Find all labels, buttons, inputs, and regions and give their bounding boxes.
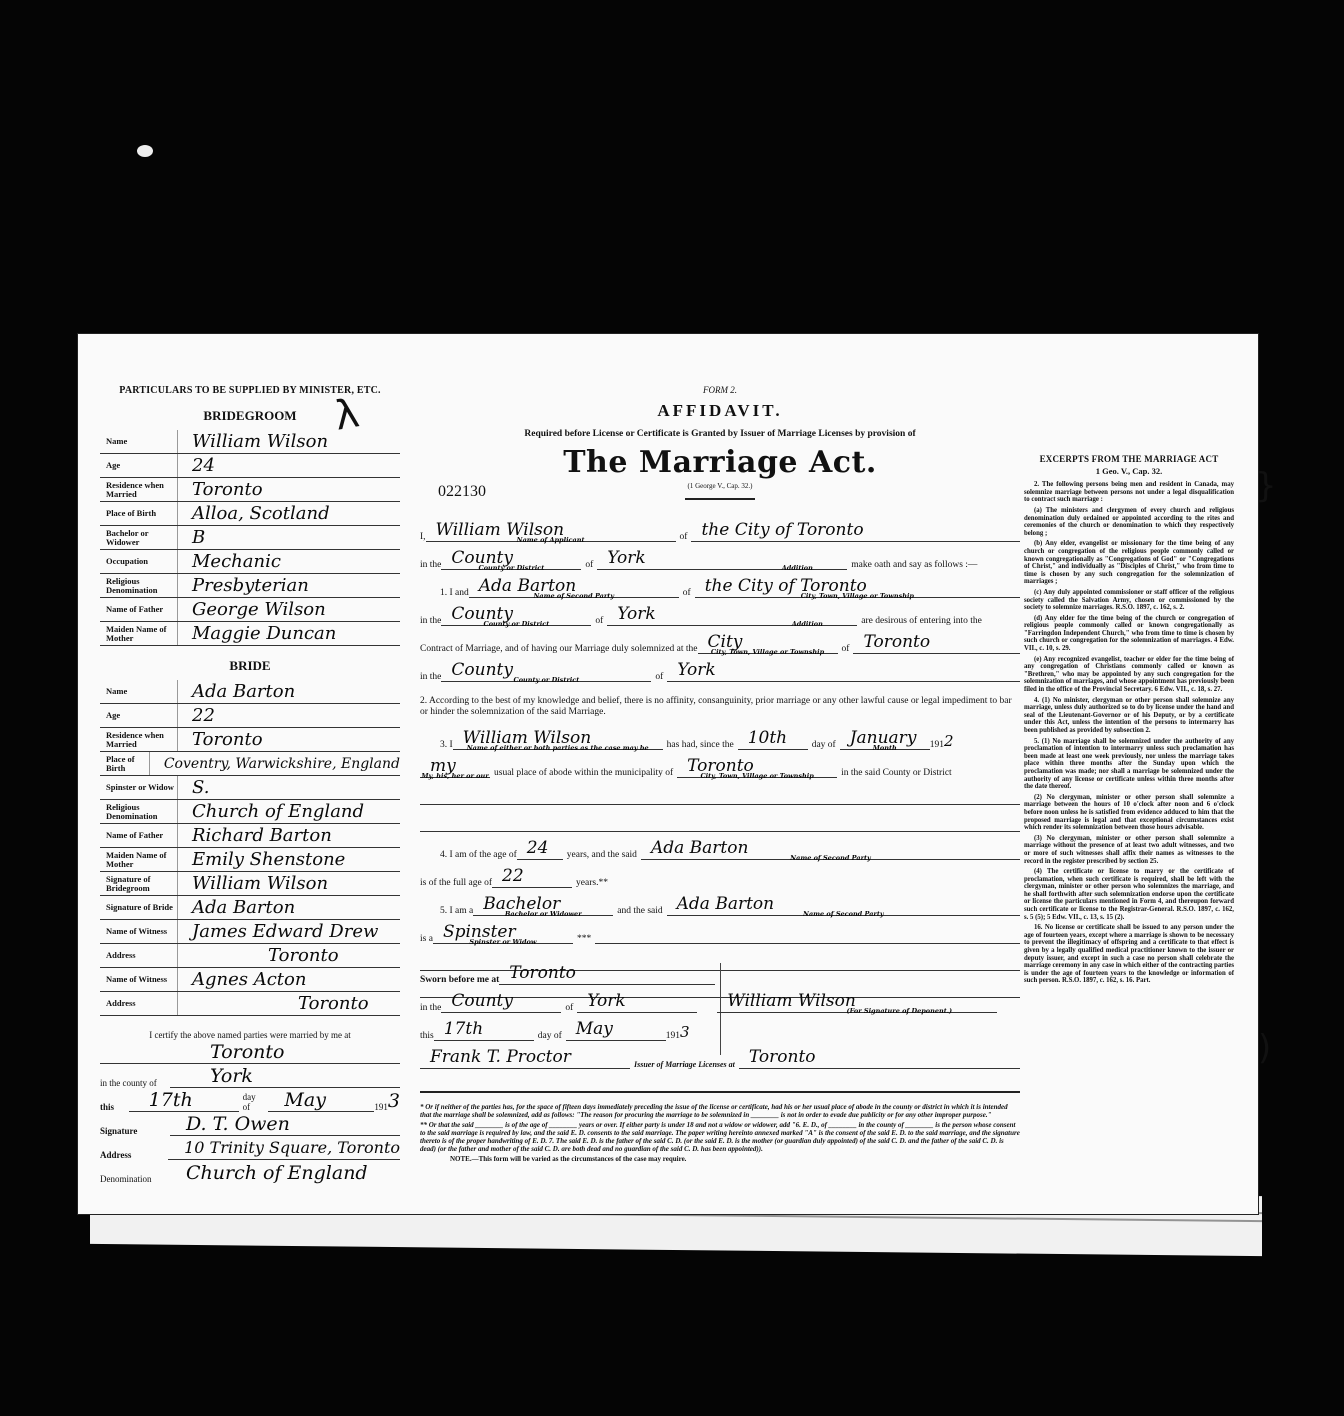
field-label: Spinster or Widow [100, 776, 178, 799]
field-label: Maiden Name of Mother [100, 622, 178, 645]
text: of [651, 672, 667, 682]
witness2-address-row: AddressToronto [100, 992, 400, 1016]
field-value: Toronto [178, 993, 400, 1015]
field-label: Signature of Bride [100, 896, 178, 919]
field-label: Name of Father [100, 824, 178, 847]
excerpt-paragraph: (c) Any duly appointed commissioner or s… [1024, 589, 1234, 612]
text: 191 [666, 1031, 680, 1041]
field-label: Bachelor or Widower [100, 526, 178, 549]
pronoun: myMy, his, her or our [420, 755, 490, 778]
county: YorkAddition [607, 603, 857, 626]
bracket-mark-icon: ) [1258, 1028, 1271, 1068]
field-value: James Edward Drew [178, 921, 400, 943]
text: 4. [420, 850, 447, 860]
bride-age-row: Age22 [100, 704, 400, 728]
field-label: Religious Denomination [100, 800, 178, 823]
groom-birthplace-row: Place of BirthAlloa, Scotland [100, 502, 400, 526]
affidavit-body: I, William WilsonName of Applicant of th… [420, 514, 1020, 998]
field-label: Name of Witness [100, 920, 178, 943]
cert-denomination-line: DenominationChurch of England [100, 1160, 400, 1184]
deponent-signature: William Wilson(For Signature of Deponent… [717, 990, 997, 1013]
sworn-county: York [577, 990, 697, 1013]
field-label: Religious Denomination [100, 574, 178, 597]
blank-line [595, 943, 1020, 944]
excerpts-title: EXCERPTS FROM THE MARRIAGE ACT [1024, 456, 1234, 464]
text: in the [420, 672, 441, 682]
caption: City, Town, Village or Township [701, 765, 814, 787]
text: I am of the age of [450, 850, 517, 860]
groom-status-row: Bachelor or WidowerB [100, 526, 400, 550]
form-number: FORM 2. [420, 385, 1020, 395]
dust-speck [137, 145, 153, 157]
field-label: Residence when Married [100, 478, 178, 501]
field-label: Age [100, 704, 178, 727]
excerpt-paragraph: (2) No clergyman, minister or other pers… [1024, 794, 1234, 832]
text: According to the best of my knowledge an… [420, 696, 1012, 717]
required-notice: Required before License or Certificate i… [420, 429, 1020, 439]
text: usual place of abode within the municipa… [490, 768, 677, 778]
field-label: Name [100, 430, 178, 453]
excerpt-paragraph: (a) The ministers and clergymen of every… [1024, 507, 1234, 537]
groom-religion-row: Religious DenominationPresbyterian [100, 574, 400, 598]
field-label: Name of Father [100, 598, 178, 621]
applicant-status: BachelorBachelor or Widower [473, 893, 613, 916]
field-label: Name [100, 680, 178, 703]
abode-year: 2 [944, 732, 954, 750]
sworn-month: May [566, 1018, 666, 1041]
field-label: Address [100, 944, 178, 967]
cert-denomination: Church of England [170, 1162, 400, 1184]
bracket-mark-icon: } [1255, 466, 1277, 506]
bride-signature-row: Signature of BrideAda Barton [100, 896, 400, 920]
applicant-county-line: in the CountyCounty or District of YorkA… [420, 542, 1020, 570]
text: 1. [420, 588, 447, 598]
cert-address-label: Address [100, 1150, 168, 1160]
field-value: Toronto [178, 945, 400, 967]
sworn-county-line: in the County of York William Wilson(For… [420, 985, 1020, 1013]
cert-county-label: in the county of [100, 1078, 170, 1088]
cert-place: Toronto [100, 1041, 400, 1064]
county: YorkAddition [597, 547, 847, 570]
sworn-date-line: this 17th day of May 1913 [420, 1013, 715, 1041]
text: are desirous of entering into the [857, 616, 982, 626]
footnote-note: NOTE.—This form will be varied as the ci… [420, 1155, 1020, 1163]
abode-municipality: TorontoCity, Town, Village or Township [677, 755, 837, 778]
excerpts-column: EXCERPTS FROM THE MARRIAGE ACT 1 Geo. V.… [1024, 456, 1234, 988]
field-value: Alloa, Scotland [178, 503, 400, 525]
field-value: Church of England [178, 801, 400, 823]
text: 3. [420, 740, 447, 750]
affidavit-heading: AFFIDAVIT. [420, 401, 1020, 421]
witness1-address-row: AddressToronto [100, 944, 400, 968]
sworn-block: Sworn before me at Toronto in the County… [420, 957, 1020, 1069]
applicant-place: the City of Toronto [691, 519, 1020, 542]
statute-reference: (1 George V., Cap. 32.) [420, 482, 1020, 490]
excerpt-paragraph: 4. (1) No minister, clergyman or other p… [1024, 697, 1234, 735]
caption: (For Signature of Deponent.) [847, 1000, 953, 1022]
field-label: Place of Birth [100, 752, 150, 775]
caption: County or District [514, 669, 580, 691]
sworn-county-type: County [441, 990, 561, 1013]
cert-address-line: Address10 Trinity Square, Toronto [100, 1136, 400, 1160]
text: in the [420, 1003, 441, 1013]
item1-line: 1. I and Ada BartonName of Second Party … [420, 570, 1020, 598]
groom-mother-row: Maiden Name of MotherMaggie Duncan [100, 622, 400, 646]
item2-paragraph: 2. According to the best of my knowledge… [420, 696, 1020, 718]
value: William Wilson [727, 991, 856, 1011]
text: 5. [420, 906, 447, 916]
place-type: CityCity, Town, Village or Township [698, 631, 838, 654]
field-value: Mechanic [178, 551, 400, 573]
bride-fields: NameAda Barton Age22 Residence when Marr… [100, 680, 400, 1016]
field-value: Coventry, Warwickshire, England [150, 753, 400, 775]
item1-county-line: in the CountyCounty or District of YorkA… [420, 598, 1020, 626]
bride-status-row: Spinster or WidowS. [100, 776, 400, 800]
footnotes: * Or if neither of the parties has, for … [420, 1091, 1020, 1165]
bridegroom-fields: NameWilliam Wilson Age24 Residence when … [100, 430, 400, 646]
footnote: * Or if neither of the parties has, for … [420, 1103, 1020, 1119]
solemnized-place: Toronto [853, 631, 1020, 654]
blank-line [420, 805, 1020, 832]
excerpt-paragraph: 16. No license or certificate shall be i… [1024, 924, 1234, 985]
text: is a [420, 934, 433, 944]
second-party-name: Ada BartonName of Second Party [641, 837, 1020, 860]
title-rule [685, 498, 755, 500]
cert-month: May [268, 1089, 374, 1112]
bride-father-row: Name of FatherRichard Barton [100, 824, 400, 848]
item4-age-line: is of the full age of 22 years.** [420, 860, 1020, 888]
field-value: 24 [178, 455, 400, 477]
field-value: 22 [178, 705, 400, 727]
caption: Spinster or Widow [469, 931, 536, 953]
sworn-year: 3 [680, 1023, 690, 1041]
value: County [451, 660, 513, 680]
cert-year-suffix: 3 [388, 1090, 400, 1112]
field-value: S. [178, 777, 400, 799]
certification-statement: I certify the above named parties were m… [100, 1030, 400, 1040]
text: in the [420, 560, 441, 570]
text: of [591, 616, 607, 626]
excerpt-paragraph: (4) The certificate or license to marry … [1024, 868, 1234, 921]
caption: My, his, her or our [421, 765, 488, 787]
cert-year-prefix: 191 [374, 1102, 388, 1112]
second-party-age: 22 [492, 865, 572, 888]
excerpt-paragraph: (e) Any recognized evangelist, teacher o… [1024, 656, 1234, 694]
excerpt-paragraph: (3) No clergyman, minister or other pers… [1024, 835, 1234, 865]
item4-line: 4. I am of the age of 24 years, and the … [420, 832, 1020, 860]
excerpt-paragraph: (d) Any elder for the time being of the … [1024, 615, 1234, 653]
value: Ada Barton [651, 838, 748, 858]
cert-county: York [170, 1065, 400, 1088]
cert-dayof-label: day of [239, 1092, 269, 1112]
field-value: Toronto [178, 729, 400, 751]
field-value: Presbyterian [178, 575, 400, 597]
county-type: CountyCounty or District [441, 659, 651, 682]
issuer-line: Frank T. Proctor Issuer of Marriage Lice… [420, 1041, 1020, 1069]
text: *** [573, 934, 595, 944]
field-value: Toronto [178, 479, 400, 501]
field-value: William Wilson [178, 431, 400, 453]
county-type: CountyCounty or District [441, 603, 591, 626]
item5-line: 5. I am a BachelorBachelor or Widower an… [420, 888, 1020, 916]
field-label: Residence when Married [100, 728, 178, 751]
text: of [561, 1003, 577, 1013]
second-party-name: Ada BartonName of Second Party [667, 893, 1020, 916]
groom-signature-row: Signature of BridegroomWilliam Wilson [100, 872, 400, 896]
county: York [667, 659, 1020, 682]
sworn-day: 17th [434, 1018, 534, 1041]
text: Issuer of Marriage Licenses at [630, 1060, 739, 1069]
particulars-column: PARTICULARS TO BE SUPPLIED BY MINISTER, … [100, 385, 400, 1184]
applicant-age: 24 [517, 837, 563, 860]
field-value: Ada Barton [178, 681, 400, 703]
cert-place-line: Toronto [100, 1040, 400, 1064]
text: of [838, 644, 854, 654]
cert-county-line: in the county ofYork [100, 1064, 400, 1088]
text: years, and the said [563, 850, 641, 860]
cert-signature-line: SignatureD. T. Owen [100, 1112, 400, 1136]
text: day of [534, 1031, 566, 1041]
text: and the said [613, 906, 666, 916]
applicant-name: William WilsonName of Applicant [426, 519, 676, 542]
issuer-signature: Frank T. Proctor [420, 1046, 630, 1069]
text: in the said County or District [837, 768, 952, 778]
solemnized-county-line: in the CountyCounty or District of York [420, 654, 1020, 682]
field-label: Place of Birth [100, 502, 178, 525]
text: years.** [572, 878, 608, 888]
issuer-place: Toronto [739, 1046, 1020, 1069]
text: this [420, 1031, 434, 1041]
text: make oath and say as follows :— [847, 560, 977, 570]
cert-signature-label: Signature [100, 1126, 170, 1136]
text: in the [420, 616, 441, 626]
witness2-name-row: Name of WitnessAgnes Acton [100, 968, 400, 992]
field-value: William Wilson [178, 873, 400, 895]
text: I am a [450, 906, 474, 916]
value: Ada Barton [677, 894, 774, 914]
groom-age-row: Age24 [100, 454, 400, 478]
value: York [607, 548, 645, 568]
field-label: Name of Witness [100, 968, 178, 991]
affidavit-column: FORM 2. AFFIDAVIT. Required before Licen… [420, 385, 1020, 998]
text: of [676, 532, 692, 542]
text: of [679, 588, 695, 598]
cert-denomination-label: Denomination [100, 1174, 170, 1184]
cert-signature: D. T. Owen [170, 1113, 400, 1136]
item5-status-line: is a SpinsterSpinster or Widow *** [420, 916, 1020, 944]
text: Sworn before me at [420, 975, 499, 985]
groom-father-row: Name of FatherGeorge Wilson [100, 598, 400, 622]
excerpt-paragraph: 2. The following persons being men and r… [1024, 481, 1234, 504]
groom-residence-row: Residence when MarriedToronto [100, 478, 400, 502]
field-label: Age [100, 454, 178, 477]
county-type: CountyCounty or District [441, 547, 581, 570]
field-value: Richard Barton [178, 825, 400, 847]
bride-birthplace-row: Place of BirthCoventry, Warwickshire, En… [100, 752, 400, 776]
footnote: ** Or that the said ________ is of the a… [420, 1121, 1020, 1153]
bride-name-row: NameAda Barton [100, 680, 400, 704]
sworn-place: Toronto [499, 962, 715, 985]
applicant-line: I, William WilsonName of Applicant of th… [420, 514, 1020, 542]
text: of [581, 560, 597, 570]
cert-this-label: this [100, 1102, 129, 1112]
text: is of the full age of [420, 878, 492, 888]
text: Contract of Marriage, and of having our … [420, 644, 698, 654]
field-value: B [178, 527, 400, 549]
field-value: Agnes Acton [178, 969, 400, 991]
abode-name: William WilsonName of either or both par… [453, 727, 663, 750]
item3-line: 3. I William WilsonName of either or bot… [420, 722, 1020, 750]
abode-day: 10th [738, 727, 808, 750]
field-value: Emily Shenstone [178, 849, 400, 871]
solemnized-line: Contract of Marriage, and of having our … [420, 626, 1020, 654]
text: 191 [930, 740, 944, 750]
bride-residence-row: Residence when MarriedToronto [100, 728, 400, 752]
item3-abode-line: myMy, his, her or our usual place of abo… [420, 750, 1020, 778]
abode-month: JanuaryMonth [840, 727, 930, 750]
field-label: Maiden Name of Mother [100, 848, 178, 871]
sworn-place-line: Sworn before me at Toronto [420, 957, 715, 985]
document-title: The Marriage Act. [420, 445, 1020, 480]
bride-religion-row: Religious DenominationChurch of England [100, 800, 400, 824]
field-value: George Wilson [178, 599, 400, 621]
second-party-status: SpinsterSpinster or Widow [433, 921, 573, 944]
field-value: Maggie Duncan [178, 623, 400, 645]
second-party: Ada BartonName of Second Party [469, 575, 679, 598]
groom-occupation-row: OccupationMechanic [100, 550, 400, 574]
text: 2. [420, 696, 427, 706]
text: day of [808, 740, 840, 750]
text: I and [450, 588, 469, 598]
witness1-name-row: Name of WitnessJames Edward Drew [100, 920, 400, 944]
excerpt-paragraph: (b) Any elder, evangelist or missionary … [1024, 540, 1234, 586]
field-value: Ada Barton [178, 897, 400, 919]
field-label: Signature of Bridegroom [100, 872, 178, 895]
field-label: Address [100, 992, 178, 1015]
value: York [617, 604, 655, 624]
excerpt-paragraph: 5. (1) No marriage shall be solemnized u… [1024, 738, 1234, 791]
cert-day: 17th [129, 1089, 239, 1112]
cert-address: 10 Trinity Square, Toronto [168, 1137, 400, 1160]
excerpts-subtitle: 1 Geo. V., Cap. 32. [1024, 468, 1234, 476]
field-label: Occupation [100, 550, 178, 573]
bride-heading: BRIDE [100, 658, 400, 674]
cert-date-line: this 17th day of May 191 3 [100, 1088, 400, 1112]
second-party-place: the City of TorontoCity, Town, Village o… [695, 575, 1020, 598]
serial-number: 022130 [438, 483, 486, 501]
text: has had, since the [663, 740, 738, 750]
bride-mother-row: Maiden Name of MotherEmily Shenstone [100, 848, 400, 872]
